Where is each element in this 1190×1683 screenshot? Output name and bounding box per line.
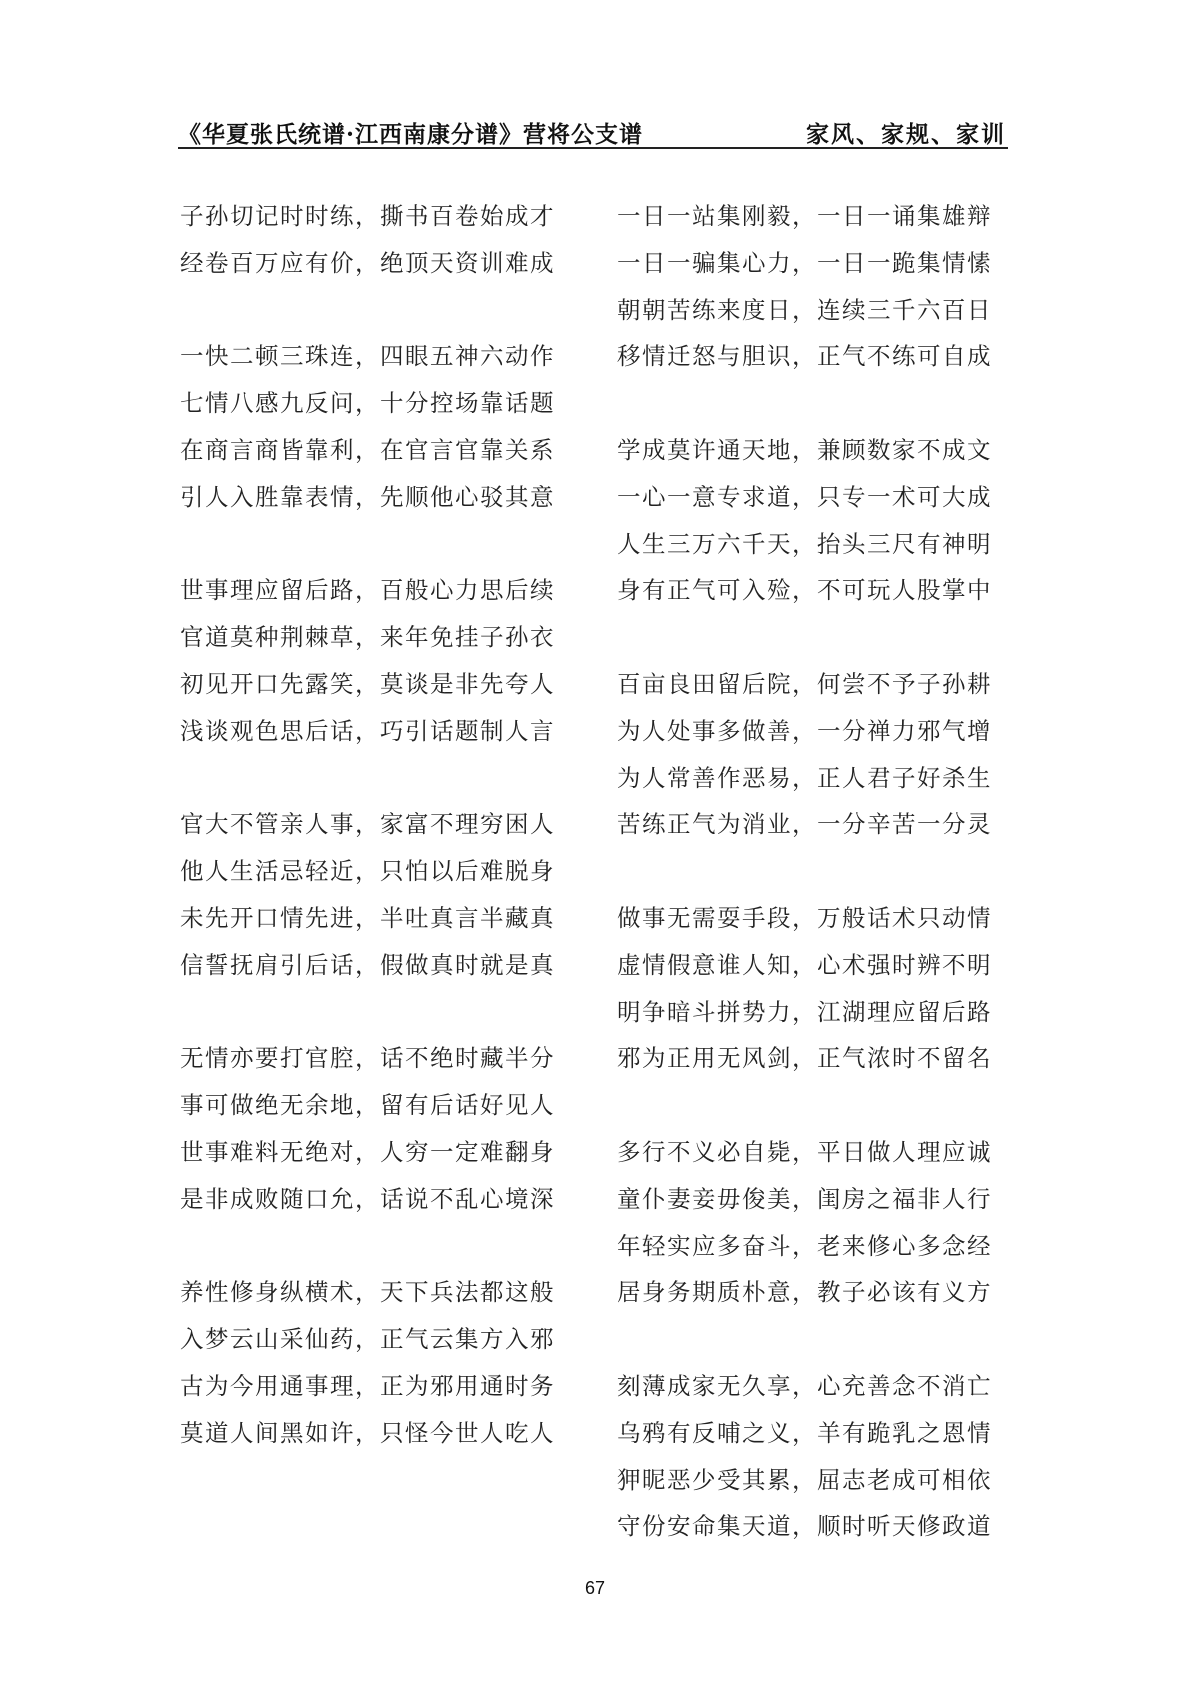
stanza-break bbox=[180, 998, 570, 1045]
verse-line: 在商言商皆靠利，在官言官靠关系 bbox=[180, 436, 570, 483]
running-header: 《华夏张氏统谱·江西南康分谱》营将公支谱 家风、家规、家训 bbox=[178, 112, 1006, 148]
verse-line: 古为今用通事理，正为邪用通时务 bbox=[180, 1372, 570, 1419]
verse-line: 朝朝苦练来度日，连续三千六百日 bbox=[617, 296, 1007, 343]
verse-line: 为人常善作恶易，正人君子好杀生 bbox=[617, 764, 1007, 811]
verse-line: 经卷百万应有价，绝顶天资训难成 bbox=[180, 249, 570, 296]
verse-line: 一心一意专求道，只专一术可大成 bbox=[617, 483, 1007, 530]
verse-line: 守份安命集天道，顺时听天修政道 bbox=[617, 1512, 1007, 1559]
stanza-break bbox=[180, 530, 570, 577]
verse-line: 是非成败随口允，话说不乱心境深 bbox=[180, 1185, 570, 1232]
right-verse-column: 一日一站集刚毅，一日一诵集雄辩一日一骗集心力，一日一跪集情愫朝朝苦练来度日，连续… bbox=[617, 202, 1007, 1559]
verse-line: 邪为正用无风剑，正气浓时不留名 bbox=[617, 1044, 1007, 1091]
verse-line: 刻薄成家无久享，心充善念不消亡 bbox=[617, 1372, 1007, 1419]
verse-line: 为人处事多做善，一分禅力邪气增 bbox=[617, 717, 1007, 764]
verse-line: 移情迁怒与胆识，正气不练可自成 bbox=[617, 342, 1007, 389]
section-title: 家风、家规、家训 bbox=[806, 116, 1006, 149]
verse-line: 人生三万六千天，抬头三尺有神明 bbox=[617, 530, 1007, 577]
verse-line: 明争暗斗拼势力，江湖理应留后路 bbox=[617, 998, 1007, 1045]
stanza-break bbox=[180, 1232, 570, 1279]
verse-line: 官道莫种荆棘草，来年免挂子孙衣 bbox=[180, 623, 570, 670]
stanza-break bbox=[180, 764, 570, 811]
verse-line: 一快二顿三珠连，四眼五神六动作 bbox=[180, 342, 570, 389]
verse-line: 学成莫许通天地，兼顾数家不成文 bbox=[617, 436, 1007, 483]
verse-line: 引人入胜靠表情，先顺他心驳其意 bbox=[180, 483, 570, 530]
verse-line: 七情八感九反问，十分控场靠话题 bbox=[180, 389, 570, 436]
verse-line: 虚情假意谁人知，心术强时辨不明 bbox=[617, 951, 1007, 998]
verse-line: 百亩良田留后院，何尝不予子孙耕 bbox=[617, 670, 1007, 717]
verse-line: 事可做绝无余地，留有后话好见人 bbox=[180, 1091, 570, 1138]
verse-line: 身有正气可入殓，不可玩人股掌中 bbox=[617, 576, 1007, 623]
stanza-break bbox=[180, 296, 570, 343]
stanza-break bbox=[617, 857, 1007, 904]
verse-line: 初见开口先露笑，莫谈是非先夸人 bbox=[180, 670, 570, 717]
verse-line: 多行不义必自毙，平日做人理应诚 bbox=[617, 1138, 1007, 1185]
verse-line: 莫道人间黑如许，只怪今世人吃人 bbox=[180, 1419, 570, 1466]
stanza-break bbox=[617, 623, 1007, 670]
verse-line: 居身务期质朴意，教子必该有义方 bbox=[617, 1278, 1007, 1325]
verse-line: 入梦云山采仙药，正气云集方入邪 bbox=[180, 1325, 570, 1372]
stanza-break bbox=[617, 1325, 1007, 1372]
verse-line: 无情亦要打官腔，话不绝时藏半分 bbox=[180, 1044, 570, 1091]
page-number: 67 bbox=[0, 1578, 1190, 1599]
verse-line: 官大不管亲人事，家富不理穷困人 bbox=[180, 810, 570, 857]
verse-line: 乌鸦有反哺之义，羊有跪乳之恩情 bbox=[617, 1419, 1007, 1466]
book-title: 《华夏张氏统谱·江西南康分谱》营将公支谱 bbox=[178, 116, 643, 149]
verse-line: 浅谈观色思后话，巧引话题制人言 bbox=[180, 717, 570, 764]
verse-line: 一日一站集刚毅，一日一诵集雄辩 bbox=[617, 202, 1007, 249]
verse-line: 世事理应留后路，百般心力思后续 bbox=[180, 576, 570, 623]
verse-line: 一日一骗集心力，一日一跪集情愫 bbox=[617, 249, 1007, 296]
stanza-break bbox=[617, 1091, 1007, 1138]
verse-line: 养性修身纵横术，天下兵法都这般 bbox=[180, 1278, 570, 1325]
verse-line: 童仆妻妾毋俊美，闺房之福非人行 bbox=[617, 1185, 1007, 1232]
verse-line: 苦练正气为消业，一分辛苦一分灵 bbox=[617, 810, 1007, 857]
verse-line: 子孙切记时时练，撕书百卷始成才 bbox=[180, 202, 570, 249]
verse-line: 狎昵恶少受其累，屈志老成可相依 bbox=[617, 1466, 1007, 1513]
verse-line: 未先开口情先进，半吐真言半藏真 bbox=[180, 904, 570, 951]
left-verse-column: 子孙切记时时练，撕书百卷始成才经卷百万应有价，绝顶天资训难成一快二顿三珠连，四眼… bbox=[180, 202, 570, 1466]
verse-line: 信誓抚肩引后话，假做真时就是真 bbox=[180, 951, 570, 998]
stanza-break bbox=[617, 389, 1007, 436]
verse-line: 世事难料无绝对，人穷一定难翻身 bbox=[180, 1138, 570, 1185]
verse-line: 他人生活忌轻近，只怕以后难脱身 bbox=[180, 857, 570, 904]
verse-line: 做事无需耍手段，万般话术只动情 bbox=[617, 904, 1007, 951]
verse-line: 年轻实应多奋斗，老来修心多念经 bbox=[617, 1232, 1007, 1279]
header-divider bbox=[178, 147, 1008, 149]
